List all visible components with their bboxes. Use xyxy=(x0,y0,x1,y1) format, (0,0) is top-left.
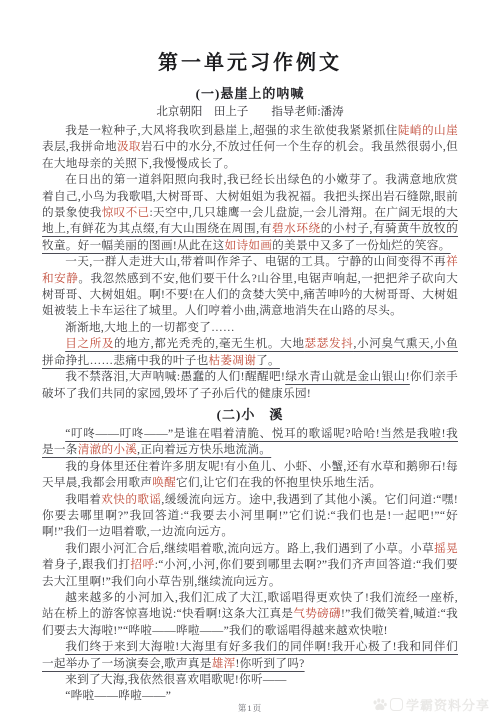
body-text: 。我忽然感到不安,他们要干什么?山谷里,电锯声响起,一把把斧子砍向大树哥哥、大树… xyxy=(42,272,458,318)
paragraph: 我的身体里还住着许多朋友呢!有小鱼儿、小虾、小蟹,还有水草和鹅卵石!每天早晨,我… xyxy=(42,459,458,492)
paragraph: 渐渐地,大地上的一切都变了…… xyxy=(42,320,458,336)
paragraph: 我不禁落泪,大声呐喊:愚蠢的人们!醒醒吧!绿水青山就是金山银山!你们亲手破坏了我… xyxy=(42,369,458,402)
paragraph: 我是一粒种子,大风将我吹到悬崖上,超强的求生欲使我紧紧抓住陡峭的山崖表层,我拼命… xyxy=(42,123,458,172)
body-text: 我不禁落泪,大声呐喊:愚蠢的人们!醒醒吧! xyxy=(65,370,285,383)
highlighted-phrase: 目之所及 xyxy=(65,337,114,350)
paragraph: 越来越多的小河加入,我们汇成了大江,歌谣唱得更欢快了!我们流经一座桥,站在桥上的… xyxy=(42,590,458,639)
body-text: 我是一粒种子,大风将我吹到悬崖上,超强的求生欲使我紧紧抓住 xyxy=(65,124,398,137)
page-number: 第1页 xyxy=(0,702,500,714)
paragraph: “叮咚——叮咚——”是谁在唱着清脆、悦耳的歌谣呢?哈哈!当然是我啦!我是一条清澈… xyxy=(42,426,458,459)
document-page: 第一单元习作例文 (一)悬崖上的呐喊北京朝阳 田上子 指导老师:潘涛我是一粒种子… xyxy=(0,0,500,722)
highlighted-phrase: 瑟瑟发抖 xyxy=(305,337,354,350)
page-title: 第一单元习作例文 xyxy=(42,46,458,75)
body-text: 着身子,跟我们打 xyxy=(42,558,130,571)
paragraph: 目之所及的地方,都光秃秃的,毫无生机。大地瑟瑟发抖,小河臭气熏天,小鱼拼命挣扎…… xyxy=(42,336,458,369)
highlighted-phrase: 惊叹不已 xyxy=(102,206,150,219)
underlined-text: 的地方,都光秃秃的,毫无生机。大地 xyxy=(114,337,304,350)
body-text: 一天,一群人走进大山,带着叫作斧子、电锯的工具。宁静的山间变得不再 xyxy=(65,255,446,268)
section-heading: (一)悬崖上的呐喊 xyxy=(42,85,458,103)
paragraph: 我唱着欢快的歌谣,缓缓流向远方。途中,我遇到了其他小溪。它们问道:“嘿!你要去哪… xyxy=(42,492,458,541)
body-text: 表层,我拼命地 xyxy=(42,140,117,153)
paragraph: 在日出的第一道斜阳照向我时,我已经长出绿色的小嫩芽了。我满意地欣赏着自己,小鸟为… xyxy=(42,172,458,254)
body-text: :天空中,几只雄鹰一会儿盘旋,一会儿滑翔。 xyxy=(149,206,374,219)
highlighted-phrase: 摇晃 xyxy=(434,542,458,555)
paragraph: 一天,一群人走进大山,带着叫作斧子、电锯的工具。宁静的山间变得不再祥和安静。我忽… xyxy=(42,254,458,320)
byline: 北京朝阳 田上子 指导老师:潘涛 xyxy=(42,105,458,120)
highlighted-phrase: 枯萎凋谢 xyxy=(209,354,257,367)
section-heading: (二)小 溪 xyxy=(42,406,458,424)
highlighted-phrase: 如诗如画 xyxy=(225,239,273,252)
underlined-text: !你听到了吗? xyxy=(236,657,305,670)
underlined-text: ,正向着远方快乐地流淌。 xyxy=(137,443,271,456)
body-text: 它们,让它们在我的怀抱里快乐地生活。 xyxy=(176,476,381,489)
highlighted-phrase: 招呼 xyxy=(130,558,154,571)
highlighted-phrase: 雄浑 xyxy=(212,657,236,670)
highlighted-phrase: 欢快的歌谣 xyxy=(101,493,161,506)
highlighted-phrase: 唤醒 xyxy=(152,476,176,489)
body-text: 我们跟小河汇合后,继续唱着歌,流向远方。路上,我们遇到了小草。小草 xyxy=(65,542,434,555)
body-text: 来到了大海,我依然很喜欢唱歌呢!你听—— xyxy=(65,673,286,686)
paragraph: 我们终于来到大海啦!大海里有好多我们的同伴啊!我开心极了!我和同伴们一起举办了一… xyxy=(42,639,458,672)
highlighted-phrase: 气势磅礴 xyxy=(293,607,341,620)
underlined-text: 绿水青山就是金山银山! xyxy=(285,370,410,383)
highlighted-phrase: 清澈的小溪 xyxy=(78,443,137,456)
section: (二)小 溪“叮咚——叮咚——”是谁在唱着清脆、悦耳的歌谣呢?哈哈!当然是我啦!… xyxy=(42,406,458,705)
body-text: “哗啦——哗啦——” xyxy=(65,689,171,702)
underlined-text: 了。 xyxy=(256,354,280,367)
underlined-text: 的美景中又多了一份灿烂的笑容。 xyxy=(272,239,450,252)
essay-body: (一)悬崖上的呐喊北京朝阳 田上子 指导老师:潘涛我是一粒种子,大风将我吹到悬崖… xyxy=(42,85,458,705)
highlighted-phrase: 陡峭的山崖 xyxy=(398,124,458,137)
highlighted-phrase: 汲取 xyxy=(117,140,141,153)
highlighted-phrase: 碧水环绕 xyxy=(272,222,321,235)
body-text: 渐渐地,大地上的一切都变了…… xyxy=(65,321,235,334)
paragraph: 我们跟小河汇合后,继续唱着歌,流向远方。路上,我们遇到了小草。小草摇晃着身子,跟… xyxy=(42,541,458,590)
section: (一)悬崖上的呐喊北京朝阳 田上子 指导老师:潘涛我是一粒种子,大风将我吹到悬崖… xyxy=(42,85,458,402)
paragraph: 来到了大海,我依然很喜欢唱歌呢!你听—— xyxy=(42,672,458,688)
body-text: 我唱着 xyxy=(65,493,101,506)
